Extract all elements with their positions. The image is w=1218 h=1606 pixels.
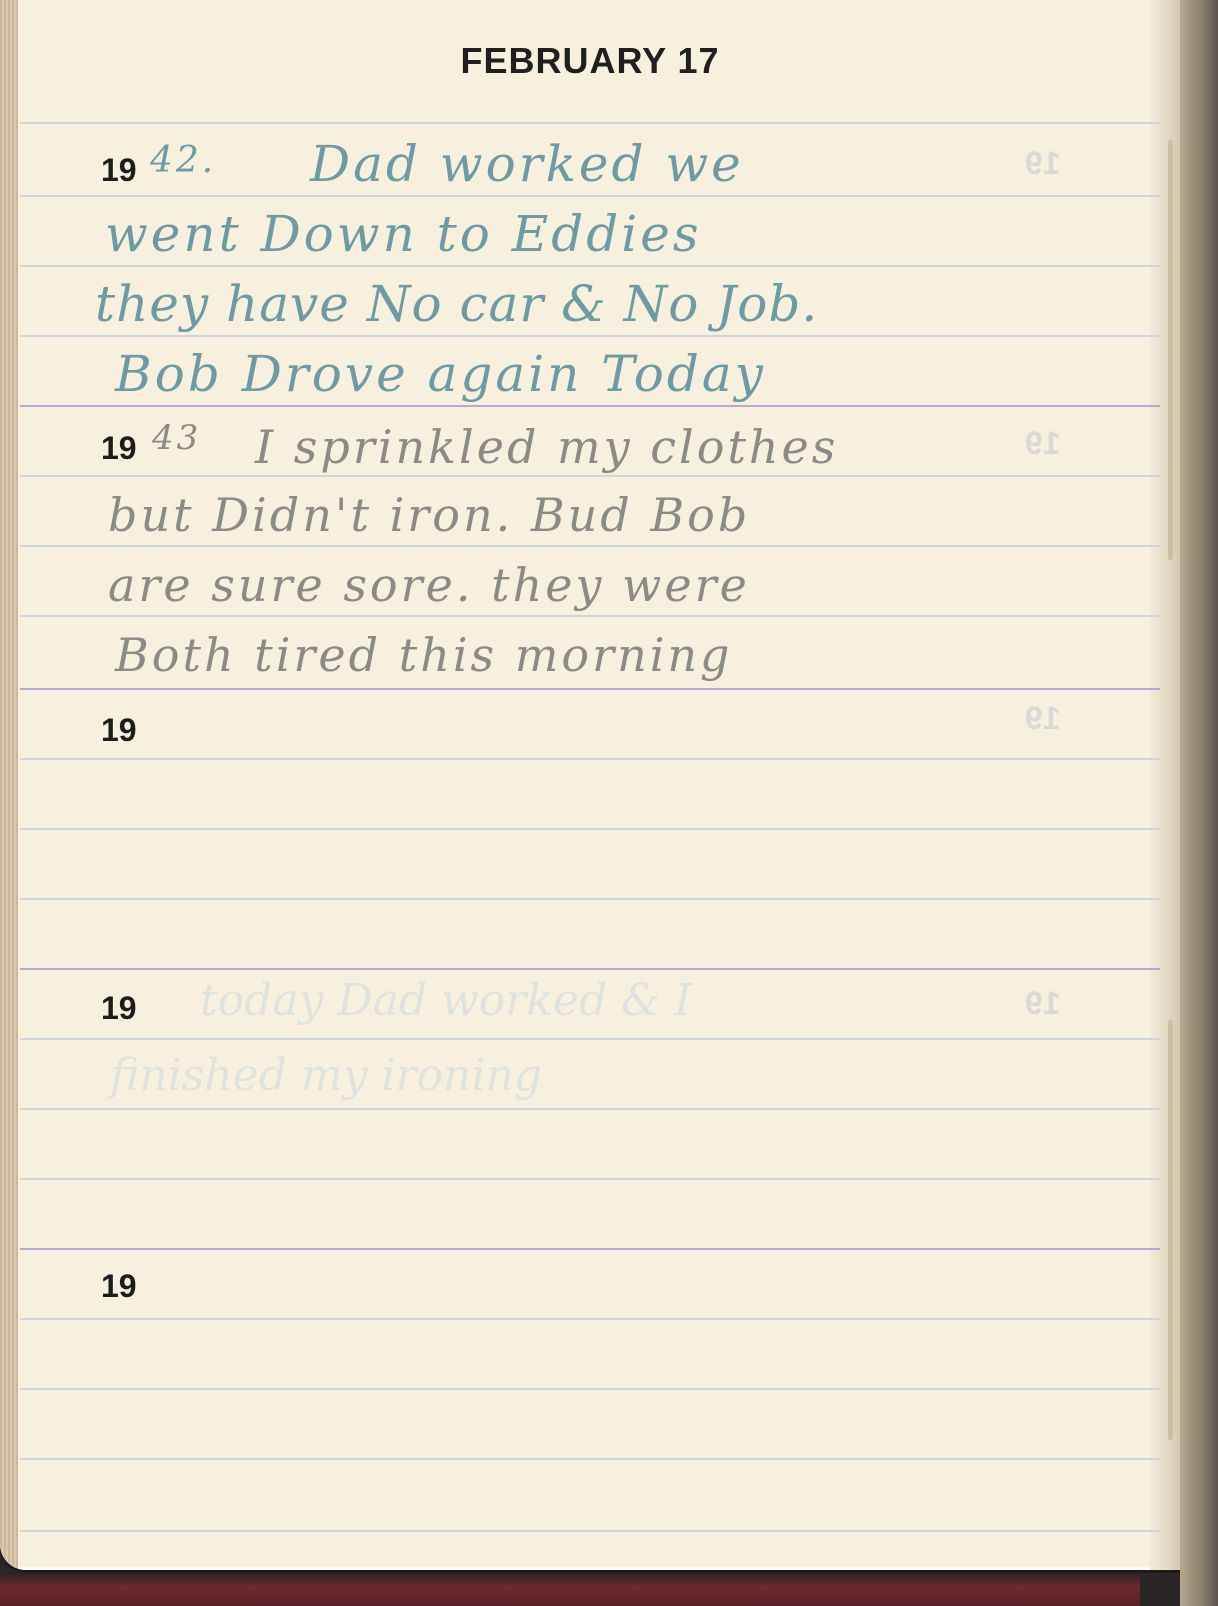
handwritten-year: 42. <box>150 140 216 181</box>
bleed-through-text: finished my ironing <box>110 1050 542 1101</box>
ruled-line <box>20 1038 1160 1040</box>
bleed-through-year: 19 <box>1025 425 1061 462</box>
ruled-line <box>20 545 1160 547</box>
diary-page: FEBRUARY 17 19 19 19 19 today Dad worked… <box>0 0 1180 1570</box>
handwritten-line: Bob Drove again Today <box>115 345 766 403</box>
handwritten-line: Both tired this morning <box>115 628 732 682</box>
page-stack-edge <box>0 0 18 1570</box>
year-label-blank: 19 <box>101 712 137 749</box>
bleed-through-year: 19 <box>1025 700 1061 737</box>
ruled-line <box>20 265 1160 267</box>
handwritten-year: 43 <box>152 418 201 458</box>
year-label-blank: 19 <box>101 1268 137 1305</box>
ruled-line <box>20 1530 1160 1532</box>
ruled-line <box>20 122 1160 124</box>
section-divider <box>20 968 1160 970</box>
handwritten-line: Dad worked we <box>310 135 744 193</box>
handwritten-line: are sure sore. they were <box>108 558 750 612</box>
page-title: FEBRUARY 17 <box>0 40 1180 82</box>
binding-shadow <box>1168 1020 1173 1440</box>
handwritten-line: but Didn't iron. Bud Bob <box>108 488 750 542</box>
book-cover-bottom <box>0 1575 1140 1606</box>
ruled-line <box>20 898 1160 900</box>
bleed-through-text: today Dad worked & I <box>200 975 692 1026</box>
ruled-line <box>20 758 1160 760</box>
section-divider <box>20 1248 1160 1250</box>
ruled-line <box>20 615 1160 617</box>
year-label: 19 <box>101 430 137 467</box>
binding-shadow <box>1168 140 1173 560</box>
ruled-line <box>20 475 1160 477</box>
section-divider <box>20 405 1160 407</box>
section-divider <box>20 688 1160 690</box>
ruled-line <box>20 1458 1160 1460</box>
book-cover-edge <box>1180 0 1218 1606</box>
ruled-line <box>20 195 1160 197</box>
ruled-line <box>20 1388 1160 1390</box>
ruled-line <box>20 828 1160 830</box>
bleed-through-year: 19 <box>1025 145 1061 182</box>
year-label-blank: 19 <box>101 990 137 1027</box>
ruled-line <box>20 1318 1160 1320</box>
handwritten-line: went Down to Eddies <box>105 205 702 263</box>
ruled-line <box>20 335 1160 337</box>
bleed-through-year: 19 <box>1025 985 1061 1022</box>
ruled-line <box>20 1178 1160 1180</box>
binding-gutter <box>1150 0 1180 1570</box>
handwritten-line: I sprinkled my clothes <box>255 420 838 474</box>
handwritten-line: they have No car & No Job. <box>95 275 818 333</box>
year-label: 19 <box>101 152 137 189</box>
ruled-line <box>20 1108 1160 1110</box>
